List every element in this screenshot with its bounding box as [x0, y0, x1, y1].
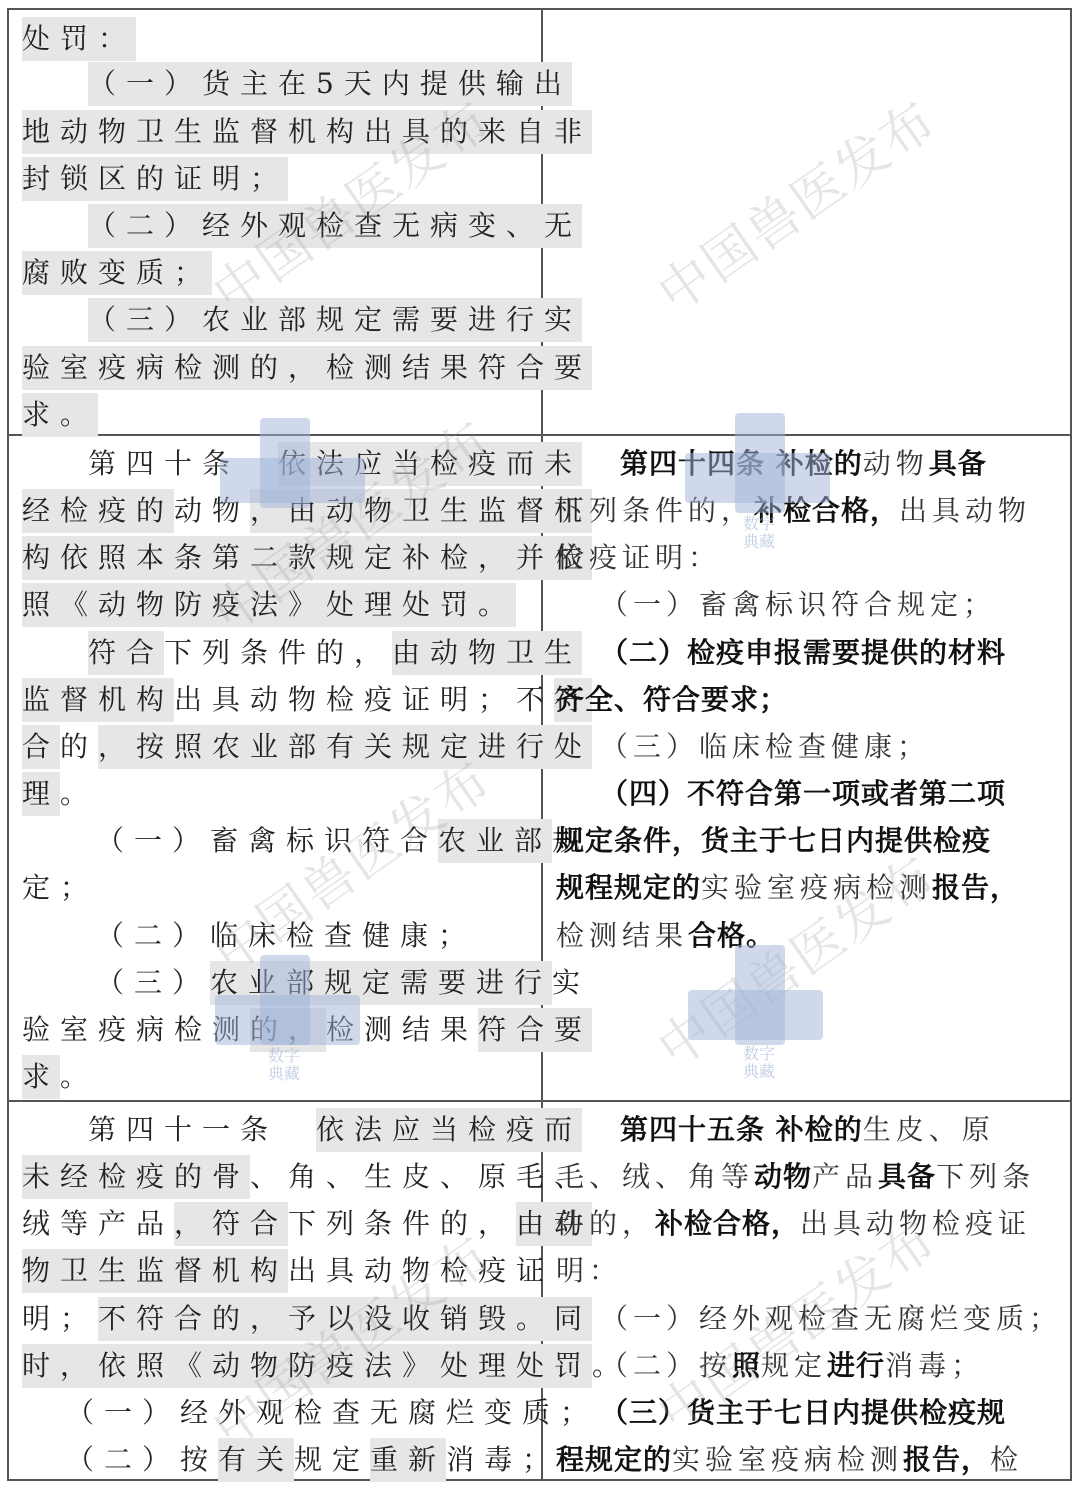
bold-text: 动物: [754, 1155, 812, 1199]
table-border-left: [7, 8, 9, 1481]
text-segment: 下列条: [936, 1155, 1035, 1199]
text-segment: 生皮、原: [863, 1108, 995, 1152]
text-line: 地动物卫生监督机构出具的来自非: [22, 110, 592, 154]
highlighted-text: 封锁区的证明；: [22, 157, 288, 201]
text-line: 程规定的实验室疫病检测报告，检: [556, 1438, 1023, 1482]
highlighted-text: 处罚：: [22, 17, 136, 61]
highlighted-text: （一）货主在5天内提供输出: [88, 62, 572, 106]
text-line: 腐败变质；: [22, 251, 212, 295]
highlighted-text: 物卫生监督机构: [22, 1249, 288, 1293]
bold-text: 照: [732, 1344, 761, 1388]
text-line: （一）经外观检查无腐烂变质；: [66, 1391, 598, 1435]
text-segment: 动物: [863, 442, 929, 486]
text-line: 处罚：: [22, 17, 136, 61]
text-segment: （二）按: [600, 1344, 732, 1388]
highlighted-text: 依法应当检疫而: [316, 1108, 582, 1152]
highlighted-text: 依法应当检疫而未: [278, 442, 582, 486]
text-line: 符合下列条件的，由动物卫生: [88, 631, 582, 675]
table-border-right: [1070, 8, 1072, 1481]
highlighted-text: 经检疫的: [22, 489, 174, 533]
text-segment: 验室疫病检测: [22, 1008, 250, 1052]
highlighted-text: 的，: [250, 1008, 326, 1052]
highlighted-text: 理: [22, 772, 60, 816]
text-line: 件的，补检合格，出具动物检疫证: [556, 1202, 1031, 1246]
text-segment: 明：: [556, 1249, 622, 1293]
text-segment: 第四十条: [88, 442, 278, 486]
text-segment: （二）临床检查健康；: [96, 914, 476, 958]
text-segment: 明；: [22, 1297, 98, 1341]
text-line: 第四十五条 补检的生皮、原: [620, 1108, 995, 1152]
text-line: 绒等产品，符合下列条件的，由动: [22, 1202, 592, 1246]
bold-text: 报告，: [932, 866, 1019, 910]
text-segment: 出具动物检疫证明；不: [174, 678, 554, 722]
highlighted-text: 符合: [88, 631, 164, 675]
text-segment: 检测结果: [556, 914, 688, 958]
table-border-top: [7, 8, 1072, 10]
bold-text: 进行: [827, 1344, 885, 1388]
highlighted-text: 求。: [22, 393, 98, 437]
text-line: 第四十条 依法应当检疫而未: [88, 442, 582, 486]
text-line: 合的，按照农业部有关规定进行处: [22, 725, 592, 769]
highlighted-text: 农业部: [438, 819, 552, 863]
highlighted-text: 合: [22, 725, 60, 769]
text-segment: （一）经外观检查无腐烂变质；: [600, 1297, 1062, 1341]
text-line: 经检疫的动物，由动物卫生监督机: [22, 489, 592, 533]
text-line: 构依照本条第二款规定补检，并依: [22, 536, 592, 580]
text-segment: 检疫证明：: [556, 536, 721, 580]
table-row-divider-2: [7, 1100, 1072, 1102]
bold-text: （二）检疫申报需要提供的材料: [600, 631, 1006, 675]
bold-text: 具备: [878, 1155, 936, 1199]
text-segment: （三）临床检查健康；: [600, 725, 930, 769]
text-segment: 实验室疫病检测: [672, 1438, 903, 1482]
bold-text: 报告，: [903, 1438, 990, 1482]
highlighted-text: ，符合: [174, 1202, 288, 1246]
highlighted-text: ，按照农业部有关规定进行处: [98, 725, 592, 769]
highlighted-text: 地动物卫生监督机构出具的来自非: [22, 110, 592, 154]
text-line: （三）临床检查健康；: [600, 725, 930, 769]
bold-text: （四）不符合第一项或者第二项: [600, 772, 1006, 816]
text-line: 毛、绒、角等动物产品具备下列条: [556, 1155, 1035, 1199]
highlighted-text: ，由动物卫生监督机: [250, 489, 592, 533]
text-segment: 下列条件的，: [164, 631, 392, 675]
bold-text: 具备: [929, 442, 987, 486]
text-line: 第四十四条 补检的动物具备: [620, 442, 987, 486]
text-segment: 、角、生皮、原毛、: [250, 1155, 592, 1199]
text-segment: 。: [60, 1055, 98, 1099]
bold-text: 合格。: [688, 914, 775, 958]
text-segment: （一）经外观检查无腐烂变质；: [66, 1391, 598, 1435]
text-line: （三）农业部规定需要进行实: [88, 298, 582, 342]
text-segment: （三）: [96, 961, 210, 1005]
text-line: （二）临床检查健康；: [96, 914, 476, 958]
highlighted-text: 时，依照《动物防疫法》处理处罚: [22, 1344, 592, 1388]
text-segment: 的: [60, 725, 98, 769]
text-line: （一）畜禽标识符合农业部规: [96, 819, 590, 863]
text-segment: （一）畜禽标识符合规定；: [600, 583, 996, 627]
text-segment: 产品: [812, 1155, 878, 1199]
text-segment: 检: [990, 1438, 1023, 1482]
highlighted-text: 未经检疫的骨: [22, 1155, 250, 1199]
highlighted-text: 构依照本条第二款规定补检，并依: [22, 536, 592, 580]
text-line: 未经检疫的骨、角、生皮、原毛、: [22, 1155, 592, 1199]
highlighted-text: 符合要: [478, 1008, 592, 1052]
highlighted-text: 不符合的，予以没收销毁。同: [98, 1297, 592, 1341]
text-segment: 绒等产品: [22, 1202, 174, 1246]
text-line: （一）经外观检查无腐烂变质；: [600, 1297, 1062, 1341]
text-line: （四）不符合第一项或者第二项: [600, 772, 1006, 816]
text-line: （二）按有关规定重新消毒；: [66, 1438, 560, 1482]
text-line: 监督机构出具动物检疫证明；不符: [22, 678, 592, 722]
text-segment: 出具动物检疫证: [800, 1202, 1031, 1246]
highlighted-text: 由动物卫生: [392, 631, 582, 675]
highlighted-text: 监督机构: [22, 678, 174, 722]
text-segment: 检测结果: [326, 1008, 478, 1052]
bold-text: 程规定的: [556, 1438, 672, 1482]
text-segment: 。: [60, 772, 98, 816]
highlighted-text: 照《动物防疫法》处理处罚。: [22, 583, 516, 627]
text-segment: 下列条件的，: [288, 1202, 516, 1246]
text-line: （一）畜禽标识符合规定；: [600, 583, 996, 627]
highlighted-text: 有关: [218, 1438, 294, 1482]
bold-text: 补检合格，: [655, 1202, 800, 1246]
highlighted-text: （二）经外观检查无病变、无: [88, 204, 582, 248]
text-line: 下列条件的，补检合格，出具动物: [556, 489, 1031, 533]
text-segment: 下列条件的，: [556, 489, 754, 533]
text-line: 检测结果合格。: [556, 914, 775, 958]
text-line: 物卫生监督机构出具动物检疫证: [22, 1249, 554, 1293]
text-line: 求。: [22, 393, 98, 437]
text-segment: 定；: [22, 866, 98, 910]
text-segment: （二）按: [66, 1438, 218, 1482]
text-line: （三）货主于七日内提供检疫规: [600, 1391, 1006, 1435]
bold-text: 齐全、符合要求；: [556, 678, 788, 722]
highlighted-text: 腐败变质；: [22, 251, 212, 295]
text-line: （一）货主在5天内提供输出: [88, 62, 572, 106]
bold-text: 第四十四条 补检的: [620, 442, 863, 486]
text-line: 明：: [556, 1249, 622, 1293]
text-segment: 消毒；: [885, 1344, 984, 1388]
text-line: （二）检疫申报需要提供的材料: [600, 631, 1006, 675]
text-line: 规定条件，货主于七日内提供检疫: [556, 819, 991, 863]
highlighted-text: 求: [22, 1055, 60, 1099]
text-segment: 毛、绒、角等: [556, 1155, 754, 1199]
text-segment: 实: [552, 961, 590, 1005]
text-line: 明；不符合的，予以没收销毁。同: [22, 1297, 592, 1341]
text-segment: 规定: [294, 1438, 370, 1482]
text-segment: 出具动物: [899, 489, 1031, 533]
text-segment: 动物: [174, 489, 250, 533]
highlighted-text: 验室疫病检测的，检测结果符合要: [22, 346, 592, 390]
text-line: （三）农业部规定需要进行实: [96, 961, 590, 1005]
text-line: 验室疫病检测的，检测结果符合要: [22, 1008, 592, 1052]
text-segment: 第四十一条: [88, 1108, 316, 1152]
bold-text: 补检合格，: [754, 489, 899, 533]
highlighted-text: 重新: [370, 1438, 446, 1482]
text-line: 照《动物防疫法》处理处罚。: [22, 583, 516, 627]
text-line: 齐全、符合要求；: [556, 678, 788, 722]
text-line: 求。: [22, 1055, 98, 1099]
text-segment: 规定: [761, 1344, 827, 1388]
text-line: （二）经外观检查无病变、无: [88, 204, 582, 248]
text-segment: 实验室疫病检测: [701, 866, 932, 910]
text-line: （二）按照规定进行消毒；: [600, 1344, 984, 1388]
table-row-divider-1: [7, 434, 1072, 436]
highlighted-text: （三）农业部规定需要进行实: [88, 298, 582, 342]
text-line: 定；: [22, 866, 98, 910]
text-segment: （一）畜禽标识符合: [96, 819, 438, 863]
text-line: 规程规定的实验室疫病检测报告，: [556, 866, 1019, 910]
text-segment: 消毒；: [446, 1438, 560, 1482]
text-line: 第四十一条 依法应当检疫而: [88, 1108, 582, 1152]
bold-text: 规定条件，货主于七日内提供检疫: [556, 819, 991, 863]
bold-text: （三）货主于七日内提供检疫规: [600, 1391, 1006, 1435]
highlighted-text: 农业部规定需要进行: [210, 961, 552, 1005]
text-line: 理。: [22, 772, 98, 816]
text-line: 封锁区的证明；: [22, 157, 288, 201]
bold-text: 第四十五条 补检的: [620, 1108, 863, 1152]
text-line: 验室疫病检测的，检测结果符合要: [22, 346, 592, 390]
bold-text: 规程规定的: [556, 866, 701, 910]
text-segment: 件的，: [556, 1202, 655, 1246]
text-segment: 出具动物检疫证: [288, 1249, 554, 1293]
text-line: 检疫证明：: [556, 536, 721, 580]
text-line: 时，依照《动物防疫法》处理处罚。: [22, 1344, 630, 1388]
comparison-table: 处罚：（一）货主在5天内提供输出地动物卫生监督机构出具的来自非封锁区的证明；（二…: [0, 0, 1080, 1493]
